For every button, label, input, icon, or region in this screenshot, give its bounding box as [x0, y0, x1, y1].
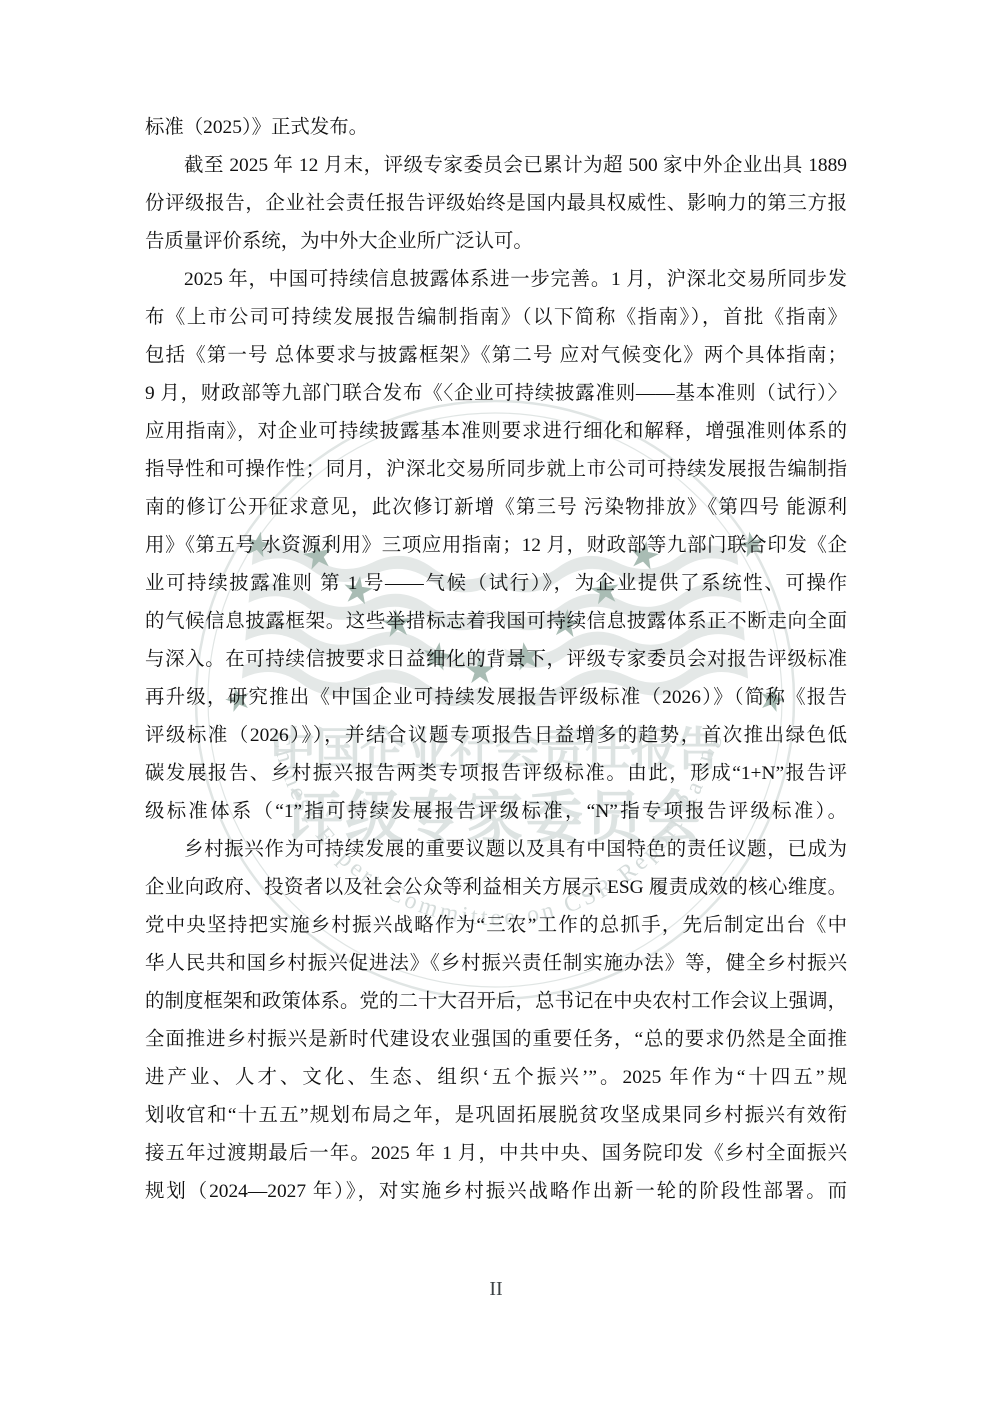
- body-line: 规划（2024—2027 年）》，对实施乡村振兴战略作出新一轮的阶段性部署。而: [145, 1173, 847, 1211]
- body-line: 标准（2025）》正式发布。: [145, 109, 847, 147]
- body-line: 应用指南》，对企业可持续披露基本准则要求进行细化和解释，增强准则体系的: [145, 413, 847, 451]
- body-line: 份评级报告，企业社会责任报告评级始终是国内最具权威性、影响力的第三方报: [145, 185, 847, 223]
- body-line: 乡村振兴作为可持续发展的重要议题以及具有中国特色的责任议题，已成为: [145, 831, 847, 869]
- body-line: 用》《第五号 水资源利用》三项应用指南；12 月，财政部等九部门联合印发《企: [145, 527, 847, 565]
- body-line: 进产业、人才、文化、生态、组织‘五个振兴’”。2025 年作为“十四五”规: [145, 1059, 847, 1097]
- body-line: 全面推进乡村振兴是新时代建设农业强国的重要任务，“总的要求仍然是全面推: [145, 1021, 847, 1059]
- body-line: 布《上市公司可持续发展报告编制指南》（以下简称《指南》），首批《指南》: [145, 299, 847, 337]
- body-line: 接五年过渡期最后一年。2025 年 1 月，中共中央、国务院印发《乡村全面振兴: [145, 1135, 847, 1173]
- body-line: 级标准体系（“1”指可持续发展报告评级标准，“N”指专项报告评级标准）。: [145, 793, 847, 831]
- body-line: 包括《第一号 总体要求与披露框架》《第二号 应对气候变化》两个具体指南；: [145, 337, 847, 375]
- page-number: II: [0, 1278, 992, 1301]
- body-line: 2025 年，中国可持续信息披露体系进一步完善。1 月，沪深北交易所同步发: [145, 261, 847, 299]
- body-line: 碳发展报告、乡村振兴报告两类专项报告评级标准。由此，形成“1+N”报告评: [145, 755, 847, 793]
- body-line: 评级标准（2026）》），并结合议题专项报告日益增多的趋势，首次推出绿色低: [145, 717, 847, 755]
- body-line: 企业向政府、投资者以及社会公众等利益相关方展示 ESG 履责成效的核心维度。: [145, 869, 847, 907]
- body-line: 与深入。在可持续信披要求日益细化的背景下，评级专家委员会对报告评级标准: [145, 641, 847, 679]
- body-line: 南的修订公开征求意见，此次修订新增《第三号 污染物排放》《第四号 能源利: [145, 489, 847, 527]
- body-line: 业可持续披露准则 第 1 号——气候（试行）》，为企业提供了系统性、可操作: [145, 565, 847, 603]
- body-line: 党中央坚持把实施乡村振兴战略作为“三农”工作的总抓手，先后制定出台《中: [145, 907, 847, 945]
- body-line: 的气候信息披露框架。这些举措标志着我国可持续信息披露体系正不断走向全面: [145, 603, 847, 641]
- body-line: 的制度框架和政策体系。党的二十大召开后，总书记在中央农村工作会议上强调，: [145, 983, 847, 1021]
- body-text: 标准（2025）》正式发布。 截至 2025 年 12 月末，评级专家委员会已累…: [145, 109, 847, 1211]
- body-line: 9 月，财政部等九部门联合发布《〈企业可持续披露准则——基本准则（试行）〉: [145, 375, 847, 413]
- body-line: 指导性和可操作性；同月，沪深北交易所同步就上市公司可持续发展报告编制指: [145, 451, 847, 489]
- body-line: 告质量评价系统，为中外大企业所广泛认可。: [145, 223, 847, 261]
- body-line: 再升级，研究推出《中国企业可持续发展报告评级标准（2026）》（简称《报告: [145, 679, 847, 717]
- body-line: 华人民共和国乡村振兴促进法》《乡村振兴责任制实施办法》等，健全乡村振兴: [145, 945, 847, 983]
- body-line: 截至 2025 年 12 月末，评级专家委员会已累计为超 500 家中外企业出具…: [145, 147, 847, 185]
- body-line: 划收官和“十五五”规划布局之年，是巩固拓展脱贫攻坚成果同乡村振兴有效衔: [145, 1097, 847, 1135]
- document-page: 中国企业社会责任报告 评级专家委员会 Chinese Expert Commit…: [0, 0, 992, 1403]
